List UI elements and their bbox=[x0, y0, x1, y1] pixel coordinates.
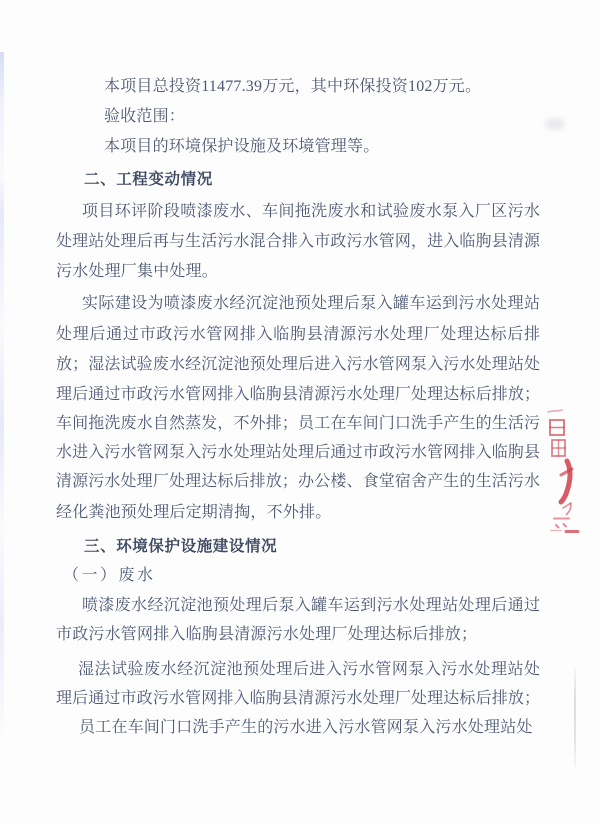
doc-line: 放；湿法试验废水经沉淀池预处理后进入污水管网泵入污水处理站处 bbox=[56, 353, 540, 377]
doc-line: 经化粪池预处理后定期清掏，不外排。 bbox=[56, 501, 331, 525]
acceptance-scope-line: 本项目的环境保护设施及环境管理等。 bbox=[104, 135, 379, 159]
doc-line: 项目环评阶段喷漆废水、车间拖洗废水和试验废水泵入厂区污水 bbox=[82, 200, 540, 224]
doc-line: 清源污水处理厂处理达标后排放；办公楼、食堂宿舍产生的生活污水 bbox=[56, 470, 540, 494]
acceptance-scope-label: 验收范围： bbox=[104, 105, 185, 129]
red-stamp-fragment bbox=[542, 404, 586, 536]
scan-edge-artifact-left bbox=[0, 52, 4, 734]
doc-line: 污水处理厂集中处理。 bbox=[56, 260, 218, 284]
doc-line: 湿法试验废水经沉淀池预处理后进入污水管网泵入污水处理站处 bbox=[78, 658, 540, 682]
investment-summary-line: 本项目总投资11477.39万元，其中环保投资102万元。 bbox=[104, 75, 481, 99]
doc-line: 车间拖洗废水自然蒸发，不外排；员工在车间门口洗手产生的生活污 bbox=[56, 412, 540, 436]
doc-line: 处理后通过市政污水管网排入临朐县清源污水处理厂处理达标后排 bbox=[56, 323, 540, 347]
doc-line: 实际建设为喷漆废水经沉淀池预处理后泵入罐车运到污水处理站 bbox=[82, 292, 540, 316]
scanned-document-page: 本项目总投资11477.39万元，其中环保投资102万元。 验收范围： 本项目的… bbox=[0, 0, 600, 824]
section-2-heading: 二、工程变动情况 bbox=[84, 168, 213, 192]
doc-line: 理后通过市政污水管网排入临朐县清源污水处理厂处理达标后排放； bbox=[56, 687, 540, 711]
doc-line: 市政污水管网排入临朐县清源污水处理厂处理达标后排放； bbox=[56, 623, 477, 647]
doc-line: 理后通过市政污水管网排入临朐县清源污水处理厂处理达标后排放； bbox=[56, 383, 540, 407]
doc-line: 喷漆废水经沉淀池预处理后泵入罐车运到污水处理站处理后通过 bbox=[82, 594, 540, 618]
subsection-1-wastewater: （一）废水 bbox=[63, 564, 156, 588]
scan-smudge bbox=[545, 118, 565, 130]
doc-line: 员工在车间门口洗手产生的污水进入污水管网泵入污水处理站处 bbox=[79, 716, 533, 740]
section-3-heading: 三、环境保护设施建设情况 bbox=[84, 535, 277, 559]
doc-line: 水进入污水管网泵入污水处理站处理后通过市政污水管网排入临朐县 bbox=[56, 441, 540, 465]
doc-line: 处理站处理后再与生活污水混合排入市政污水管网，进入临朐县清源 bbox=[56, 230, 540, 254]
scan-edge-artifact-right bbox=[574, 668, 576, 768]
